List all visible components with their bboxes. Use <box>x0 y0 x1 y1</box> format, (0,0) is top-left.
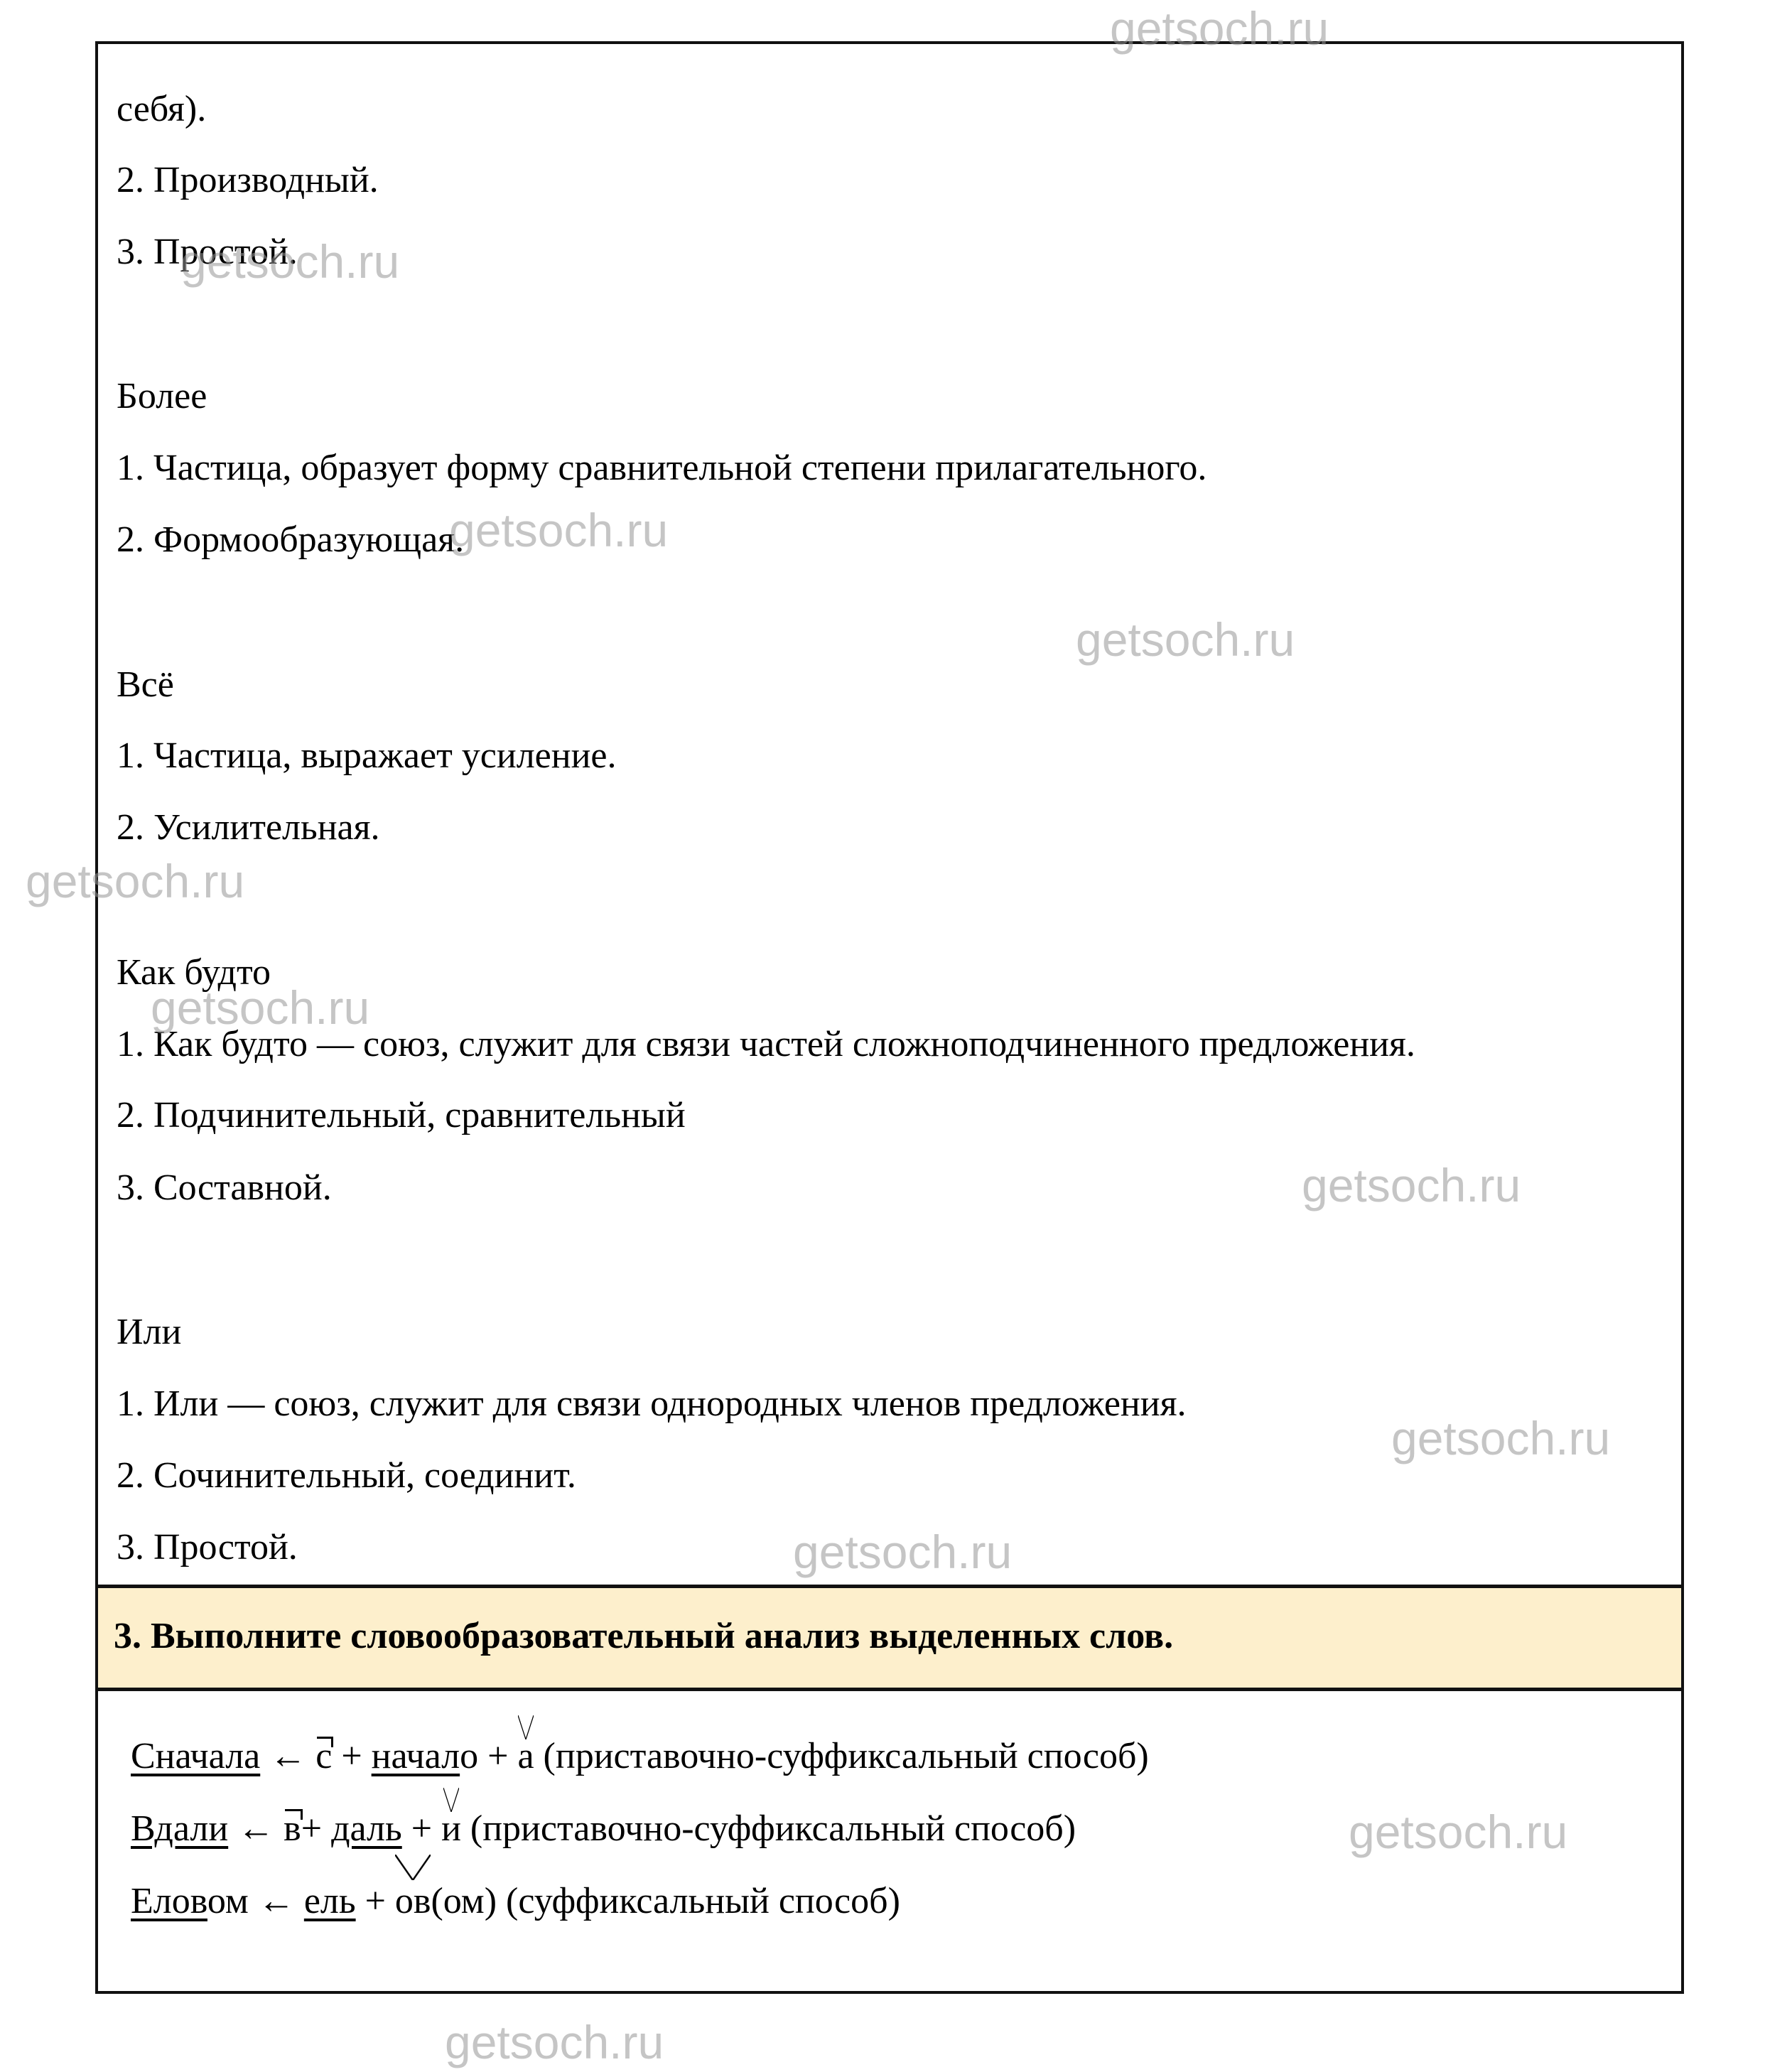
answer-line: себя). <box>117 88 206 131</box>
derivation-arrow: ← <box>258 1881 295 1921</box>
task-title: 3. Выполните словообразовательный анализ… <box>114 1615 1173 1657</box>
base-word: даль <box>331 1808 402 1849</box>
plus-sign: + <box>341 1736 362 1776</box>
base-word: ель <box>304 1881 356 1921</box>
formation-method: (приставочно-суффиксальный способ) <box>470 1808 1076 1849</box>
analysis-row: Вдали ← в+ даль + и (приставочно-суффикс… <box>131 1808 1076 1850</box>
word-formation-analysis: Сначала ← с + начало + а (приставочно-су… <box>98 1691 1681 1991</box>
answer-line: 2. Формообразующая. <box>117 519 464 561</box>
task-header: 3. Выполните словообразовательный анализ… <box>98 1585 1681 1691</box>
formation-method: (суффиксальный способ) <box>506 1881 900 1921</box>
prefix-morpheme: с <box>315 1735 332 1778</box>
answer-section: себя). 2. Производный. 3. Простой. Более… <box>98 44 1681 1585</box>
analyzed-word: Сначала <box>131 1736 260 1776</box>
analysis-row: Сначала ← с + начало + а (приставочно-су… <box>131 1735 1149 1778</box>
base-word-tail: о <box>460 1736 478 1776</box>
plus-sign: + <box>411 1808 432 1849</box>
formation-method: (приставочно-суффиксальный способ) <box>544 1736 1149 1776</box>
derivation-arrow: ← <box>237 1808 274 1849</box>
answer-heading: Более <box>117 375 207 418</box>
answer-line: 1. Как будто — союз, служит для связи ча… <box>117 1023 1415 1066</box>
analyzed-word: Вдали <box>131 1808 228 1849</box>
analysis-row: Еловом ← ель + ов(ом) (суффиксальный спо… <box>131 1880 900 1923</box>
answer-line: 3. Составной. <box>117 1167 332 1209</box>
plus-sign: + <box>487 1736 508 1776</box>
answer-frame: себя). 2. Производный. 3. Простой. Более… <box>95 41 1684 1994</box>
answer-line: 2. Подчинительный, сравнительный <box>117 1094 686 1137</box>
base-word: начал <box>372 1736 460 1776</box>
answer-line: 2. Усилительная. <box>117 806 380 849</box>
answer-line: 1. Частица, образует форму сравнительной… <box>117 447 1207 490</box>
answer-heading: Всё <box>117 664 174 706</box>
suffix-morpheme: и <box>441 1808 461 1850</box>
plus-sign: + <box>301 1808 322 1849</box>
answer-line: 2. Производный. <box>117 159 379 202</box>
plus-sign: + <box>365 1881 386 1921</box>
answer-heading: Как будто <box>117 951 271 994</box>
watermark: getsoch.ru <box>445 2015 664 2069</box>
answer-line: 3. Простой. <box>117 231 298 274</box>
analyzed-word-ending: ом <box>207 1881 249 1921</box>
answer-heading: Или <box>117 1311 181 1354</box>
derivation-arrow: ← <box>269 1736 306 1776</box>
answer-line: 1. Или — союз, служит для связи однородн… <box>117 1383 1187 1425</box>
answer-line: 3. Простой. <box>117 1526 298 1569</box>
answer-line: 2. Сочинительный, соединит. <box>117 1455 576 1497</box>
analyzed-word: Елов <box>131 1881 207 1921</box>
suffix-morpheme: ов <box>395 1880 431 1923</box>
answer-line: 1. Частица, выражает усиление. <box>117 735 616 777</box>
suffix-morpheme: а <box>517 1735 534 1778</box>
prefix-morpheme: в <box>284 1808 301 1850</box>
ending-morpheme: (ом) <box>431 1881 497 1921</box>
